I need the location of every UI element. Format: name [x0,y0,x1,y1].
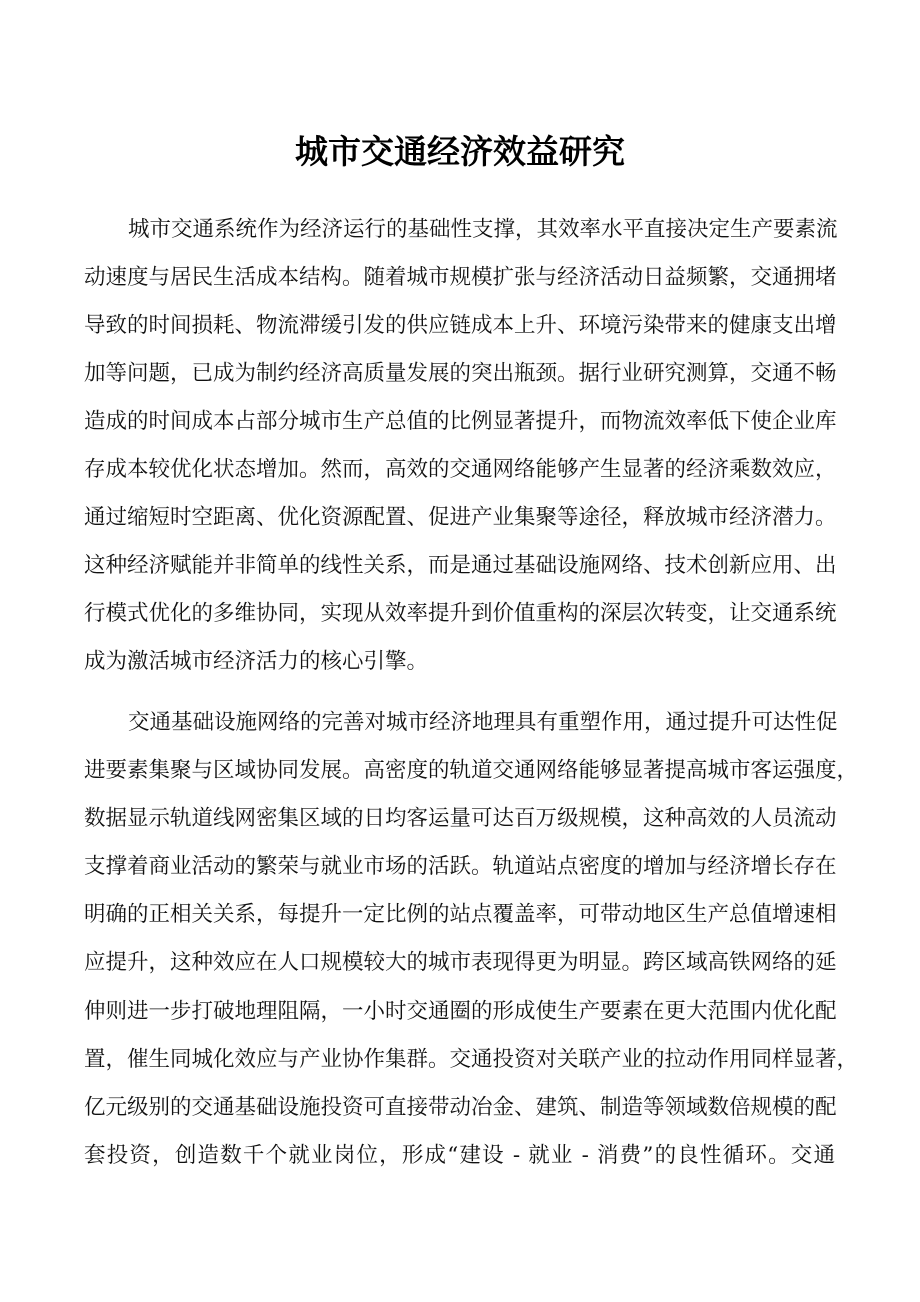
paragraph-line: 城市交通系统作为经济运行的基础性支撑，其效率水平直接决定生产要素流 [128,215,835,245]
paragraph-line: 套投资，创造数千个就业岗位，形成“建设 - 就业 - 消费”的良性循环。交通 [84,1141,835,1171]
paragraph-line: 支撑着商业活动的繁荣与就业市场的活跃。轨道站点密度的增加与经济增长存在 [84,852,835,882]
document-page: 城市交通经济效益研究 城市交通系统作为经济运行的基础性支撑，其效率水平直接决定生… [0,0,920,1302]
paragraph-line: 成为激活城市经济活力的核心引擎。 [84,647,835,677]
paragraph-line: 明确的正相关关系，每提升一定比例的站点覆盖率，可带动地区生产总值增速相 [84,900,835,930]
paragraph-line: 加等问题，已成为制约经济高质量发展的突出瓶颈。据行业研究测算，交通不畅 [84,359,835,389]
paragraph-line: 通过缩短时空距离、优化资源配置、促进产业集聚等途径，释放城市经济潜力。 [84,503,835,533]
paragraph-line: 存成本较优化状态增加。然而，高效的交通网络能够产生显著的经济乘数效应， [84,455,835,485]
paragraph-line: 应提升，这种效应在人口规模较大的城市表现得更为明显。跨区域高铁网络的延 [84,948,835,978]
paragraph-line: 进要素集聚与区域协同发展。高密度的轨道交通网络能够显著提高城市客运强度， [84,756,835,786]
document-title: 城市交通经济效益研究 [0,128,920,176]
paragraph-line: 动速度与居民生活成本结构。随着城市规模扩张与经济活动日益频繁，交通拥堵 [84,263,835,293]
paragraph-line: 置，催生同城化效应与产业协作集群。交通投资对关联产业的拉动作用同样显著， [84,1045,835,1075]
paragraph-line: 造成的时间成本占部分城市生产总值的比例显著提升，而物流效率低下使企业库 [84,407,835,437]
paragraph-line: 数据显示轨道线网密集区域的日均客运量可达百万级规模，这种高效的人员流动 [84,804,835,834]
paragraph-line: 行模式优化的多维协同，实现从效率提升到价值重构的深层次转变，让交通系统 [84,599,835,629]
paragraph-line: 导致的时间损耗、物流滞缓引发的供应链成本上升、环境污染带来的健康支出增 [84,311,835,341]
paragraph-line: 亿元级别的交通基础设施投资可直接带动冶金、建筑、制造等领域数倍规模的配 [84,1093,835,1123]
paragraph-line: 这种经济赋能并非简单的线性关系，而是通过基础设施网络、技术创新应用、出 [84,551,835,581]
paragraph-line: 交通基础设施网络的完善对城市经济地理具有重塑作用，通过提升可达性促 [128,708,835,738]
paragraph-line: 伸则进一步打破地理阻隔，一小时交通圈的形成使生产要素在更大范围内优化配 [84,997,835,1027]
